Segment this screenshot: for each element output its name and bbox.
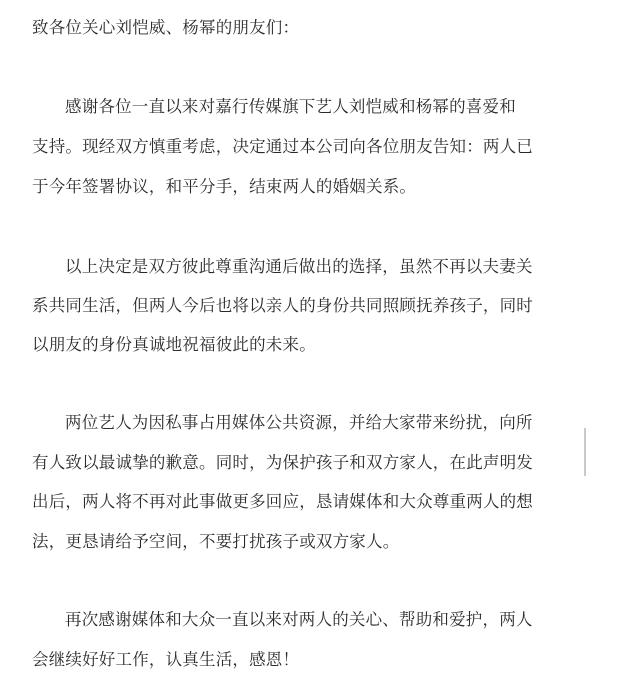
paragraph-line: 有人致以最诚挚的歉意。同时，为保护孩子和双方家人，在此声明发 bbox=[32, 452, 533, 474]
paragraph-line: 出后，两人将不再对此事做更多回应，恳请媒体和大众尊重两人的想 bbox=[32, 491, 533, 513]
paragraph-line: 感谢各位一直以来对嘉行传媒旗下艺人刘恺威和杨幂的喜爱和 bbox=[65, 96, 516, 118]
paragraph-line: 法，更恳请给予空间，不要打扰孩子或双方家人。 bbox=[32, 531, 399, 553]
paragraph-line: 两位艺人为因私事占用媒体公共资源，并给大家带来纷扰，向所 bbox=[65, 412, 533, 434]
salutation: 致各位关心刘恺威、杨幂的朋友们： bbox=[32, 17, 299, 39]
paragraph-line: 支持。现经双方慎重考虑，决定通过本公司向各位朋友告知：两人已 bbox=[32, 136, 533, 158]
paragraph-line: 再次感谢媒体和大众一直以来对两人的关心、帮助和爱护，两人 bbox=[65, 609, 533, 631]
paragraph-line: 以上决定是双方彼此尊重沟通后做出的选择，虽然不再以夫妻关 bbox=[65, 256, 533, 278]
paragraph-line: 会继续好好工作，认真生活，感恩！ bbox=[32, 649, 299, 671]
statement-document: 致各位关心刘恺威、杨幂的朋友们： 感谢各位一直以来对嘉行传媒旗下艺人刘恺威和杨幂… bbox=[0, 0, 617, 688]
paragraph-line: 于今年签署协议，和平分手，结束两人的婚姻关系。 bbox=[32, 176, 416, 198]
paragraph-line: 系共同生活，但两人今后也将以亲人的身份共同照顾抚养孩子，同时 bbox=[32, 295, 533, 317]
text-cursor-mark bbox=[584, 428, 586, 476]
paragraph-line: 以朋友的身份真诚地祝福彼此的未来。 bbox=[32, 334, 316, 356]
